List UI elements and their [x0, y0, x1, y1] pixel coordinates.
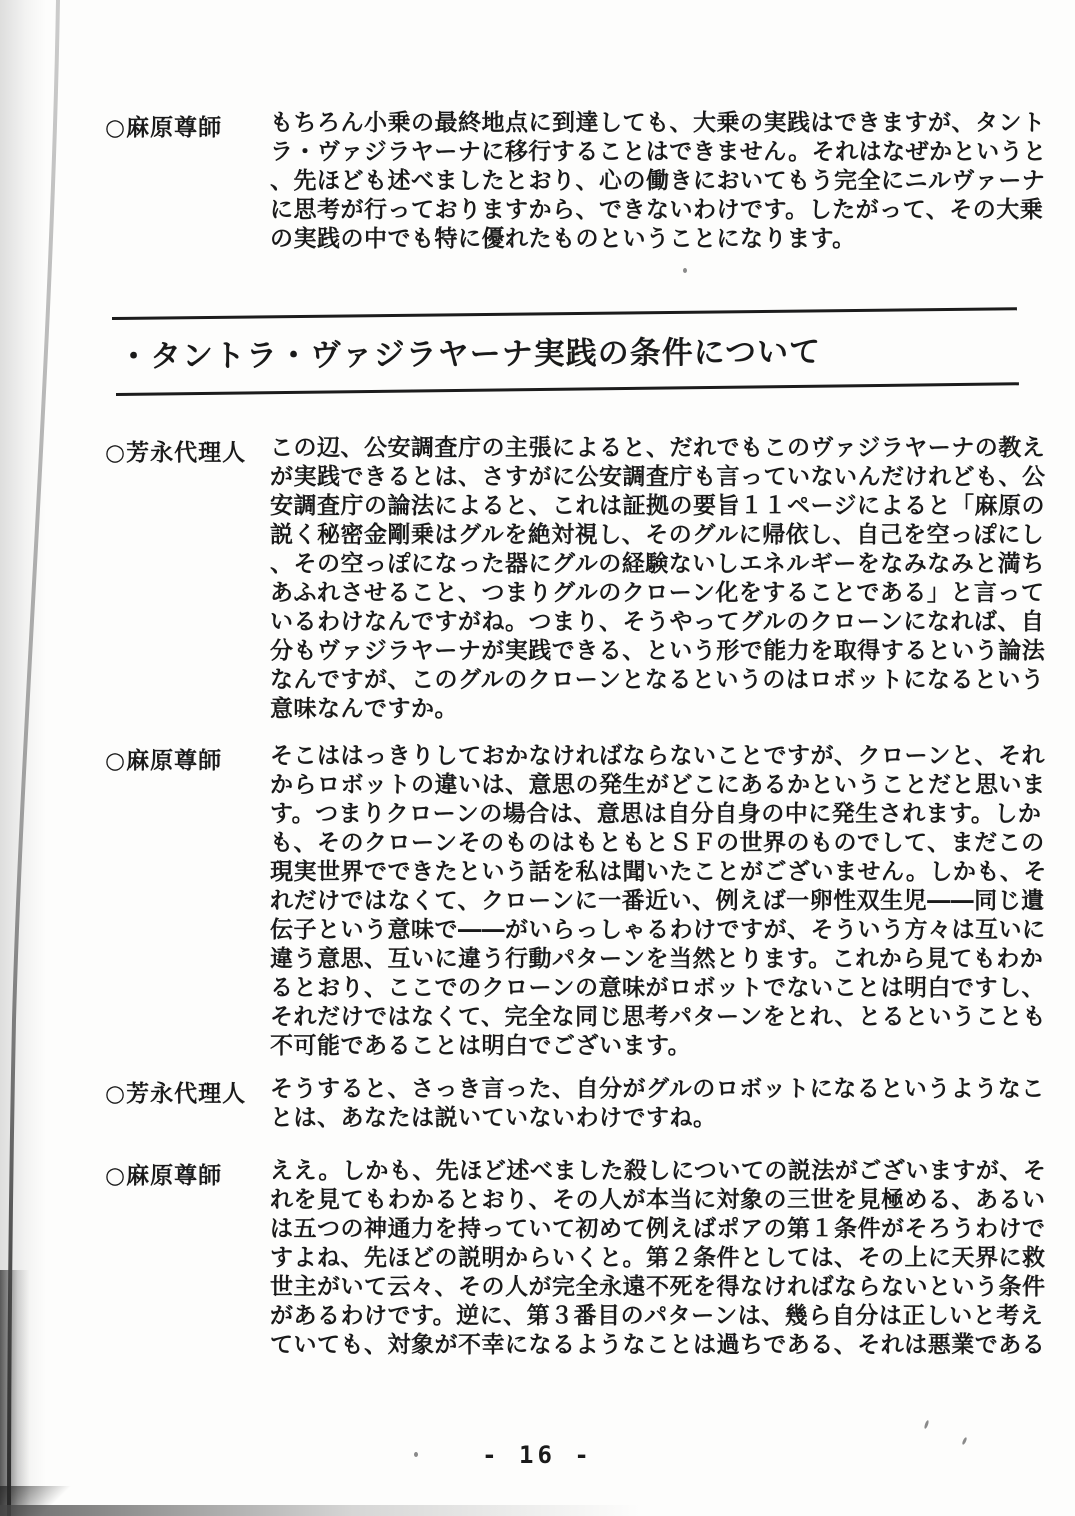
page-number: - 16 -: [0, 1441, 1075, 1469]
text-line: 安調査庁の論法によると、これは証拠の要旨１１ページによると「麻原の: [270, 492, 1020, 521]
text-line: れだけではなくて、クローンに一番近い、例えば一卵性双生児――同じ遺: [270, 887, 1020, 916]
scan-speck: [924, 1420, 930, 1429]
text-line: 伝子という意味で――がいらっしゃるわけですが、そういう方々は互いに: [270, 916, 1020, 945]
text-line: 、先ほども述べましたとおり、心の働きにおいてもう完全にニルヴァーナ: [270, 167, 1020, 196]
dialogue-text: そこははっきりしておかなければならないことですが、クローンと、それ からロボット…: [270, 742, 1020, 1061]
text-line: この辺、公安調査庁の主張によると、だれでもこのヴァジラヤーナの教え: [270, 434, 1020, 463]
text-line: ていても、対象が不幸になるようなことは過ちである、それは悪業である: [270, 1331, 1020, 1360]
text-line: いるわけなんですがね。つまり、そうやってグルのクローンになれば、自: [270, 608, 1020, 637]
text-line: そうすると、さっき言った、自分がグルのロボットになるというようなこ: [270, 1075, 1020, 1104]
text-line: 意味なんですか。: [270, 695, 1020, 724]
text-line: 違う意思、互いに違う行動パターンを当然とります。これから見てもわか: [270, 945, 1020, 974]
dialogue-text: そうすると、さっき言った、自分がグルのロボットになるというようなこ とは、あなた…: [270, 1075, 1020, 1133]
speaker-label: ○麻原尊師: [105, 109, 222, 142]
text-line: は五つの神通力を持っていて初めて例えばポアの第１条件がそろうわけで: [270, 1215, 1020, 1244]
text-line: 説く秘密金剛乗はグルを絶対視し、そのグルに帰依し、自己を空っぽにし: [270, 521, 1020, 550]
scan-speck: [683, 268, 687, 273]
speaker-label: ○芳永代理人: [105, 434, 246, 467]
text-line: れを見てもわかるとおり、その人が本当に対象の三世を見極める、あるい: [270, 1186, 1020, 1215]
speaker-label: ○麻原尊師: [105, 1157, 222, 1190]
scan-shadow-corner: [0, 1486, 72, 1516]
text-line: るとおり、ここでのクローンの意味がロボットでないことは明白ですし、: [270, 974, 1020, 1003]
text-line: ええ。しかも、先ほど述べました殺しについての説法がございますが、そ: [270, 1157, 1020, 1186]
scan-shadow-bottom: [0, 1505, 640, 1516]
text-line: が実践できるとは、さすがに公安調査庁も言っていないんだけれども、公: [270, 463, 1020, 492]
text-line: 世主がいて云々、その人が完全永遠不死を得なければならないという条件: [270, 1273, 1020, 1302]
section-divider-bottom: [116, 382, 1019, 396]
dialogue-block-3: ○麻原尊師 そこははっきりしておかなければならないことですが、クローンと、それ …: [105, 742, 1020, 1061]
text-line: あふれさせること、つまりグルのクローン化をすることである」と言って: [270, 579, 1020, 608]
text-line: とは、あなたは説いていないわけですね。: [270, 1104, 1020, 1133]
text-line: 現実世界でできたという話を私は聞いたことがございません。しかも、そ: [270, 858, 1020, 887]
text-line: なんですが、このグルのクローンとなるというのはロボットになるという: [270, 666, 1020, 695]
text-line: からロボットの違いは、意思の発生がどこにあるかということだと思いま: [270, 771, 1020, 800]
section-heading: ・タントラ・ヴァジラヤーナ実践の条件について: [118, 326, 821, 376]
text-line: もちろん小乗の最終地点に到達しても、大乗の実践はできますが、タント: [270, 109, 1020, 138]
text-line: ラ・ヴァジラヤーナに移行することはできません。それはなぜかというと: [270, 138, 1020, 167]
scan-shadow-left-bottom: [0, 1270, 30, 1516]
dialogue-block-1: ○麻原尊師 もちろん小乗の最終地点に到達しても、大乗の実践はできますが、タント …: [105, 109, 1020, 254]
text-line: そこははっきりしておかなければならないことですが、クローンと、それ: [270, 742, 1020, 771]
text-line: 不可能であることは明白でございます。: [270, 1032, 1020, 1061]
scan-page-edge-line: [0, 0, 80, 1516]
dialogue-block-2: ○芳永代理人 この辺、公安調査庁の主張によると、だれでもこのヴァジラヤーナの教え…: [105, 434, 1020, 724]
text-line: も、そのクローンそのものはもともとＳＦの世界のものでして、まだこの: [270, 829, 1020, 858]
scanned-document-page: ○麻原尊師 もちろん小乗の最終地点に到達しても、大乗の実践はできますが、タント …: [0, 0, 1075, 1516]
text-line: の実践の中でも特に優れたものということになります。: [270, 225, 1020, 254]
text-line: すよね、先ほどの説明からいくと。第２条件としては、その上に天界に救: [270, 1244, 1020, 1273]
text-line: す。つまりクローンの場合は、意思は自分自身の中に発生されます。しか: [270, 800, 1020, 829]
text-line: 、その空っぽになった器にグルの経験ないしエネルギーをなみなみと満ち: [270, 550, 1020, 579]
speaker-label: ○芳永代理人: [105, 1075, 246, 1108]
dialogue-block-4: ○芳永代理人 そうすると、さっき言った、自分がグルのロボットになるというようなこ…: [105, 1075, 1020, 1133]
scan-shadow-left: [0, 0, 46, 1516]
text-line: 分もヴァジラヤーナが実践できる、という形で能力を取得するという論法: [270, 637, 1020, 666]
text-line: に思考が行っておりますから、できないわけです。したがって、その大乗: [270, 196, 1020, 225]
dialogue-text: ええ。しかも、先ほど述べました殺しについての説法がございますが、そ れを見てもわ…: [270, 1157, 1020, 1360]
dialogue-text: もちろん小乗の最終地点に到達しても、大乗の実践はできますが、タント ラ・ヴァジラ…: [270, 109, 1020, 254]
section-divider-top: [112, 307, 1017, 320]
text-line: それだけではなくて、完全な同じ思考パターンをとれ、とるということも: [270, 1003, 1020, 1032]
text-line: があるわけです。逆に、第３番目のパターンは、幾ら自分は正しいと考え: [270, 1302, 1020, 1331]
speaker-label: ○麻原尊師: [105, 742, 222, 775]
dialogue-block-5: ○麻原尊師 ええ。しかも、先ほど述べました殺しについての説法がございますが、そ …: [105, 1157, 1020, 1360]
dialogue-text: この辺、公安調査庁の主張によると、だれでもこのヴァジラヤーナの教え が実践できる…: [270, 434, 1020, 724]
